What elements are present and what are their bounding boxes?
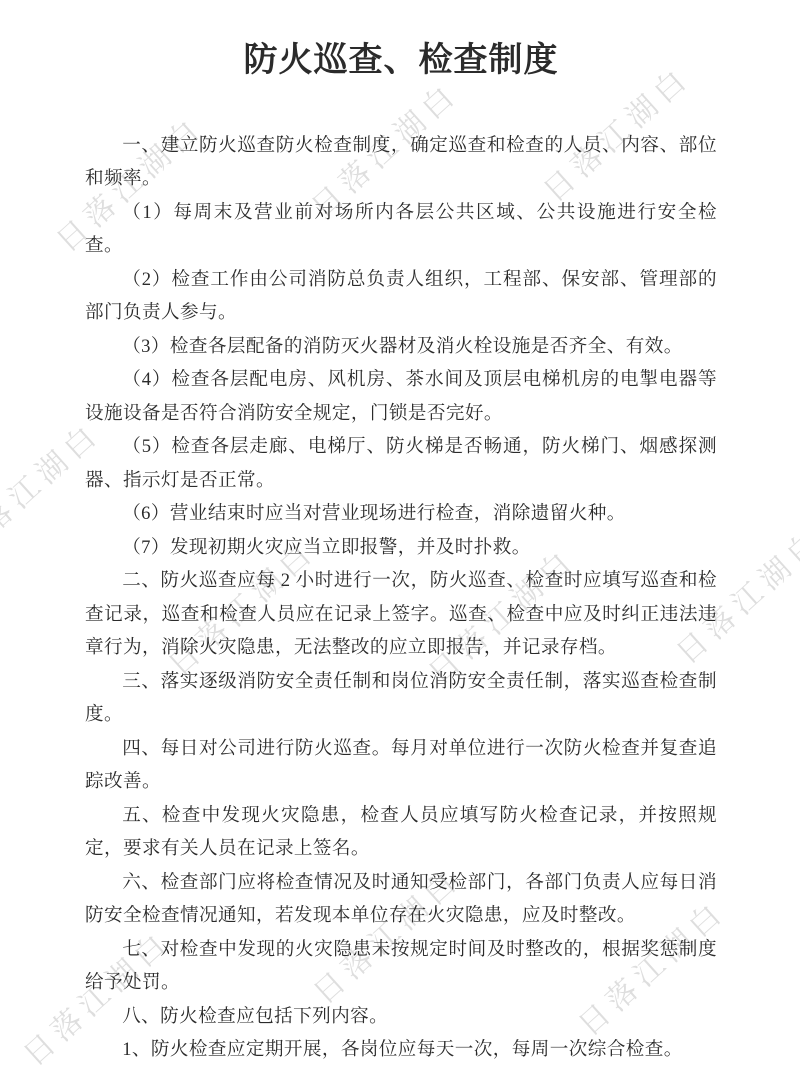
paragraph-list: 一、建立防火巡查防火检查制度，确定巡查和检查的人员、内容、部位和频率。（1）每周… (85, 129, 717, 1067)
paragraph: （3）检查各层配备的消防灭火器材及消火栓设施是否齐全、有效。 (85, 330, 717, 364)
paragraph: （4）检查各层配电房、风机房、茶水间及顶层电梯机房的电掣电器等设施设备是否符合消… (85, 363, 717, 430)
paragraph: （1）每周末及营业前对场所内各层公共区域、公共设施进行安全检查。 (85, 196, 717, 263)
paragraph: 三、落实逐级消防安全责任制和岗位消防安全责任制，落实巡查检查制度。 (85, 665, 717, 732)
paragraph: （7）发现初期火灾应当立即报警，并及时扑救。 (85, 531, 717, 565)
paragraph: （6）营业结束时应当对营业现场进行检查，消除遗留火种。 (85, 497, 717, 531)
paragraph: 一、建立防火巡查防火检查制度，确定巡查和检查的人员、内容、部位和频率。 (85, 129, 717, 196)
paragraph: 四、每日对公司进行防火巡查。每月对单位进行一次防火检查并复查追踪改善。 (85, 732, 717, 799)
document-title: 防火巡查、检查制度 (85, 40, 717, 83)
paragraph: （5）检查各层走廊、电梯厅、防火梯是否畅通，防火梯门、烟感探测器、指示灯是否正常… (85, 430, 717, 497)
document-body: 防火巡查、检查制度 一、建立防火巡查防火检查制度，确定巡查和检查的人员、内容、部… (85, 40, 717, 1067)
document-page: 日落江湖白日落江湖白日落江湖白日落江湖白日落江湖白日落江湖白日落江湖白日落江湖白… (0, 0, 800, 1067)
paragraph: 二、防火巡查应每 2 小时进行一次，防火巡查、检查时应填写巡查和检查记录，巡查和… (85, 564, 717, 665)
paragraph: 八、防火检查应包括下列内容。 (85, 1000, 717, 1034)
paragraph: 1、防火检查应定期开展，各岗位应每天一次，每周一次综合检查。 (85, 1033, 717, 1067)
paragraph: 七、对检查中发现的火灾隐患未按规定时间及时整改的，根据奖惩制度给予处罚。 (85, 933, 717, 1000)
paragraph: （2）检查工作由公司消防总负责人组织，工程部、保安部、管理部的部门负责人参与。 (85, 263, 717, 330)
paragraph: 六、检查部门应将检查情况及时通知受检部门，各部门负责人应每日消防安全检查情况通知… (85, 866, 717, 933)
paragraph: 五、检查中发现火灾隐患，检查人员应填写防火检查记录，并按照规定，要求有关人员在记… (85, 799, 717, 866)
